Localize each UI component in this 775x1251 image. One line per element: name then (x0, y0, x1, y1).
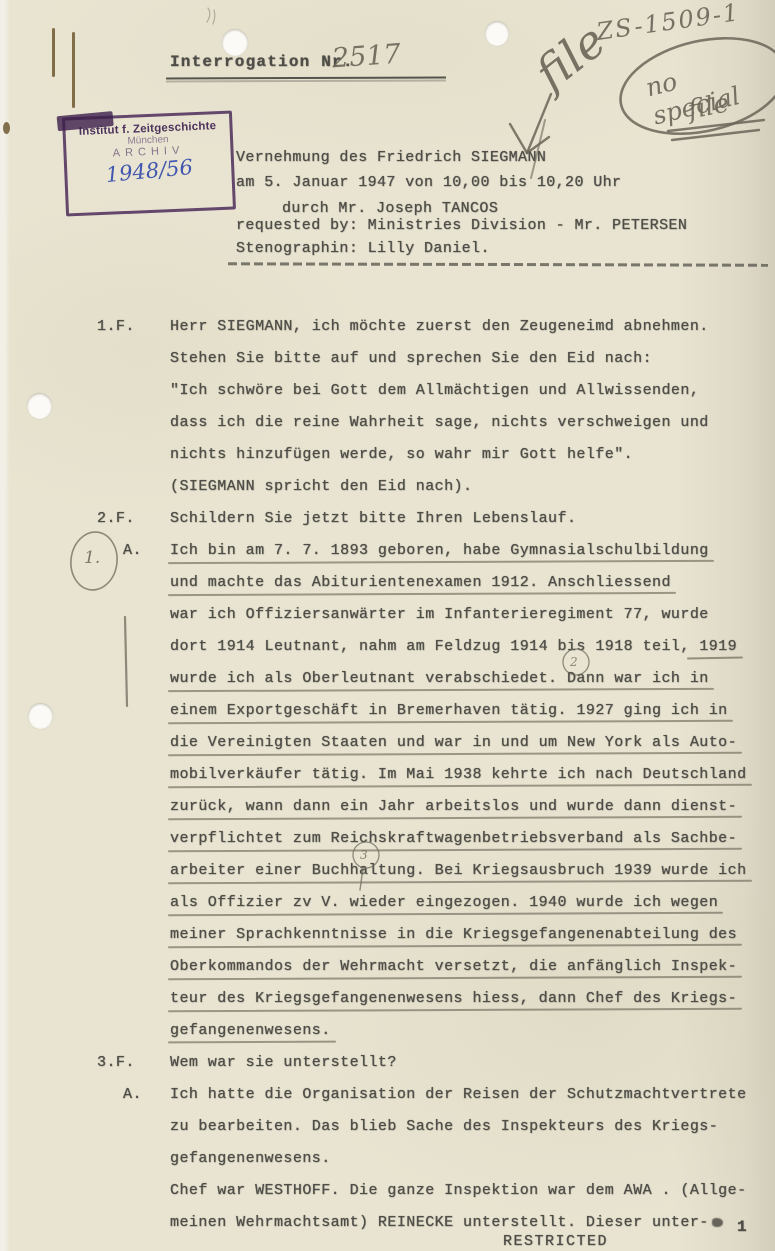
header-separator-line (228, 262, 768, 266)
line-text: Ich bin am 7. 7. 1893 geboren, habe Gymn… (170, 542, 709, 559)
document-line: nichts hinzufügen werde, so wahr mir Got… (0, 446, 775, 468)
line-text: Herr SIEGMANN, ich möchte zuerst den Zeu… (170, 318, 709, 335)
margin-emphasis-line (125, 617, 127, 706)
punch-hole-top-right (485, 21, 509, 46)
line-text: Oberkommandos der Wehrmacht versetzt, di… (170, 958, 737, 975)
qa-label: 2.F. (97, 510, 135, 527)
arrow-to-siegmann (527, 94, 551, 153)
header-requested-by-line: requested by: Ministries Division - Mr. … (236, 217, 687, 234)
document-line: A.Ich bin am 7. 7. 1893 geboren, habe Gy… (0, 542, 775, 564)
line-text: zu bearbeiten. Das blieb Sache des Inspe… (170, 1118, 718, 1135)
document-line: zurück, wann dann ein Jahr arbeitslos un… (0, 798, 775, 820)
margin-circled-number-3: 3 (360, 848, 368, 862)
document-line: gefangenenwesens. (0, 1150, 775, 1172)
margin-circled-number-1: 1. (84, 548, 100, 568)
qa-label: A. (123, 1086, 142, 1103)
document-line: 3.F.Wem war sie unterstellt? (0, 1054, 775, 1076)
line-text: Chef war WESTHOFF. Die ganze Inspektion … (170, 1182, 747, 1199)
document-title: Interrogation Nr. (170, 53, 354, 71)
document-line: und machte das Abiturientenexamen 1912. … (0, 574, 775, 596)
document-line: "Ich schwöre bei Gott dem Allmächtigen u… (0, 382, 775, 404)
qa-label: 3.F. (97, 1054, 135, 1071)
document-line: teur des Kriegsgefangenenwesens hiess, d… (0, 990, 775, 1012)
header-date-line: am 5. Januar 1947 von 10,00 bis 10,20 Uh… (236, 174, 621, 191)
line-text: dass ich die reine Wahrheit sage, nichts… (170, 414, 709, 431)
document-line: dass ich die reine Wahrheit sage, nichts… (0, 414, 775, 436)
rust-mark (52, 28, 55, 77)
line-text: dort 1914 Leutnant, nahm am Feldzug 1914… (170, 638, 737, 655)
qa-label: A. (123, 542, 142, 559)
header-subject-line: Vernehmung des Friedrich SIEGMANN (236, 149, 546, 166)
document-line: meinen Wehrmachtsamt) REINECKE unterstel… (0, 1214, 775, 1236)
document-line: als Offizier zv V. wieder eingezogen. 19… (0, 894, 775, 916)
document-line: Oberkommandos der Wehrmacht versetzt, di… (0, 958, 775, 980)
scanned-document-page: Interrogation Nr. 2517 ZS-1509-1 file no… (0, 0, 775, 1251)
classification-marking: RESTRICTED (503, 1233, 608, 1250)
document-line: einem Exportgeschäft in Bremerhaven täti… (0, 702, 775, 724)
line-text: Schildern Sie jetzt bitte Ihren Lebensla… (170, 510, 576, 527)
margin-circled-number-2: 2 (570, 655, 578, 669)
line-text: und machte das Abiturientenexamen 1912. … (170, 574, 671, 591)
document-line: wurde ich als Oberleutnant verabschiedet… (0, 670, 775, 692)
handwritten-no-special-file-word: file (686, 88, 732, 125)
punch-hole-top-left (222, 29, 248, 56)
document-line: (SIEGMANN spricht den Eid nach). (0, 478, 775, 500)
page-number: 1 (737, 1218, 747, 1236)
line-text: teur des Kriegsgefangenenwesens hiess, d… (170, 990, 737, 1007)
qa-label: 1.F. (97, 318, 135, 335)
document-line: meiner Sprachkenntnisse in die Kriegsgef… (0, 926, 775, 948)
line-text: wurde ich als Oberleutnant verabschiedet… (170, 670, 709, 687)
document-line: arbeiter einer Buchhaltung. Bei Kriegsau… (0, 862, 775, 884)
document-line: Chef war WESTHOFF. Die ganze Inspektion … (0, 1182, 775, 1204)
rust-spot (3, 122, 10, 134)
header-interrogator-line: durch Mr. Joseph TANCOS (282, 200, 498, 217)
line-text: gefangenenwesens. (170, 1150, 331, 1167)
document-line: gefangenenwesens. (0, 1022, 775, 1044)
archive-stamp: Institut f. Zeitgeschichte München ARCHI… (62, 110, 236, 216)
line-text: Ich hatte die Organisation der Reisen de… (170, 1086, 747, 1103)
line-text: mobilverkäufer tätig. Im Mai 1938 kehrte… (170, 766, 747, 783)
header-stenographer-line: Stenographin: Lilly Daniel. (236, 240, 490, 257)
line-text: "Ich schwöre bei Gott dem Allmächtigen u… (170, 382, 699, 399)
document-line: verpflichtet zum Reichskraftwagenbetrieb… (0, 830, 775, 852)
line-text: gefangenenwesens. (170, 1022, 331, 1039)
line-text: zurück, wann dann ein Jahr arbeitslos un… (170, 798, 737, 815)
line-text: war ich Offiziersanwärter im Infanterier… (170, 606, 709, 623)
line-text: als Offizier zv V. wieder eingezogen. 19… (170, 894, 718, 911)
line-text: verpflichtet zum Reichskraftwagenbetrieb… (170, 830, 737, 847)
document-line: Stehen Sie bitte auf und sprechen Sie de… (0, 350, 775, 372)
document-line: war ich Offiziersanwärter im Infanterier… (0, 606, 775, 628)
line-text: nichts hinzufügen werde, so wahr mir Got… (170, 446, 633, 463)
rust-mark (72, 32, 75, 108)
line-text: die Vereinigten Staaten und war in und u… (170, 734, 737, 751)
document-line: 1.F.Herr SIEGMANN, ich möchte zuerst den… (0, 318, 775, 340)
title-underline (166, 77, 446, 80)
document-line: mobilverkäufer tätig. Im Mai 1938 kehrte… (0, 766, 775, 788)
document-line: A.Ich hatte die Organisation der Reisen … (0, 1086, 775, 1108)
line-text: Wem war sie unterstellt? (170, 1054, 397, 1071)
line-text: meiner Sprachkenntnisse in die Kriegsgef… (170, 926, 737, 943)
line-text: Stehen Sie bitte auf und sprechen Sie de… (170, 350, 652, 367)
document-line: 2.F.Schildern Sie jetzt bitte Ihren Lebe… (0, 510, 775, 532)
line-text: einem Exportgeschäft in Bremerhaven täti… (170, 702, 728, 719)
document-line: die Vereinigten Staaten und war in und u… (0, 734, 775, 756)
handwritten-interrogation-number: 2517 (331, 39, 402, 75)
document-line: dort 1914 Leutnant, nahm am Feldzug 1914… (0, 638, 775, 660)
line-text: meinen Wehrmachtsamt) REINECKE unterstel… (170, 1214, 709, 1231)
ink-smudge (712, 1218, 723, 1227)
line-text: arbeiter einer Buchhaltung. Bei Kriegsau… (170, 862, 747, 879)
handwritten-archive-reference: ZS-1509-1 (595, 0, 742, 46)
document-line: zu bearbeiten. Das blieb Sache des Inspe… (0, 1118, 775, 1140)
line-text: (SIEGMANN spricht den Eid nach). (170, 478, 472, 495)
